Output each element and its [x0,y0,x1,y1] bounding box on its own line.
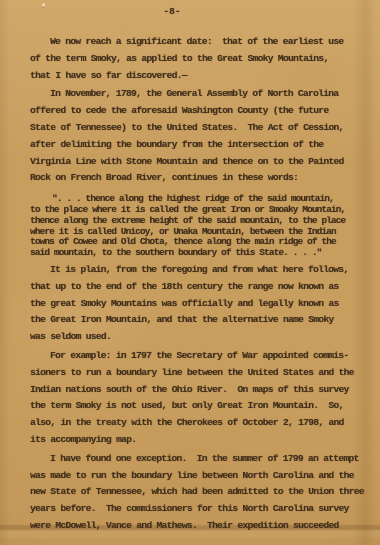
text-line: its accompanying map. [30,432,370,449]
text-line: the Great Iron Mountain, and that the al… [30,312,370,329]
text-line: the great Smoky Mountains was officially… [30,296,370,313]
paragraph: In November, 1789, the General Assembly … [30,86,370,187]
text-line: of the term Smoky, as applied to the Gre… [30,51,370,68]
text-line: that I have so far discovered.— [30,68,370,85]
text-line: after delimiting the boundary from the i… [30,137,370,154]
text-line: sioners to run a boundary line between t… [30,365,370,382]
text-line: new State of Tennessee, which had been a… [30,484,370,501]
text-line: Indian nations south of the Ohio River. … [30,382,370,399]
paragraph: It is plain, from the foregoing and from… [30,262,370,346]
text-line: also, in the treaty with the Cherokees o… [30,415,370,432]
text-line: said mountain, to the southern boundary … [30,248,370,259]
text-line: offered to cede the aforesaid Washington… [30,103,370,120]
block-quote: ". . . thence along the highest ridge of… [30,194,370,259]
page-number: -8- [0,0,362,18]
text-line: For example: in 1797 the Secretary of Wa… [30,348,370,365]
text-line: were McDowell, Vance and Mathews. Their … [30,518,370,535]
text-line: I have found one exception. In the summe… [30,451,370,468]
paragraph: We now reach a significant date: that of… [30,34,370,84]
paragraph: I have found one exception. In the summe… [30,451,370,535]
text-line: Virginia Line with Stone Mountain and th… [30,154,370,171]
text-line: thence along the extreme height of the s… [30,216,370,227]
text-line: It is plain, from the foregoing and from… [30,262,370,279]
text-line: that up to the end of the 18th century t… [30,279,370,296]
text-line: State of Tennessee) to the United States… [30,120,370,137]
text-line: was made to run the boundary line betwee… [30,468,370,485]
text-line: years before. The commissioners for this… [30,501,370,518]
text-line: Rock on French Broad River, continues in… [30,170,370,187]
paragraph: For example: in 1797 the Secretary of Wa… [30,348,370,449]
text-line: In November, 1789, the General Assembly … [30,86,370,103]
typewritten-page: -8- We now reach a significant date: tha… [0,0,380,545]
text-line: the term Smoky is not used, but only Gre… [30,398,370,415]
text-line: We now reach a significant date: that of… [30,34,370,51]
document-body: We now reach a significant date: that of… [0,34,380,535]
text-line: was seldom used. [30,329,370,346]
